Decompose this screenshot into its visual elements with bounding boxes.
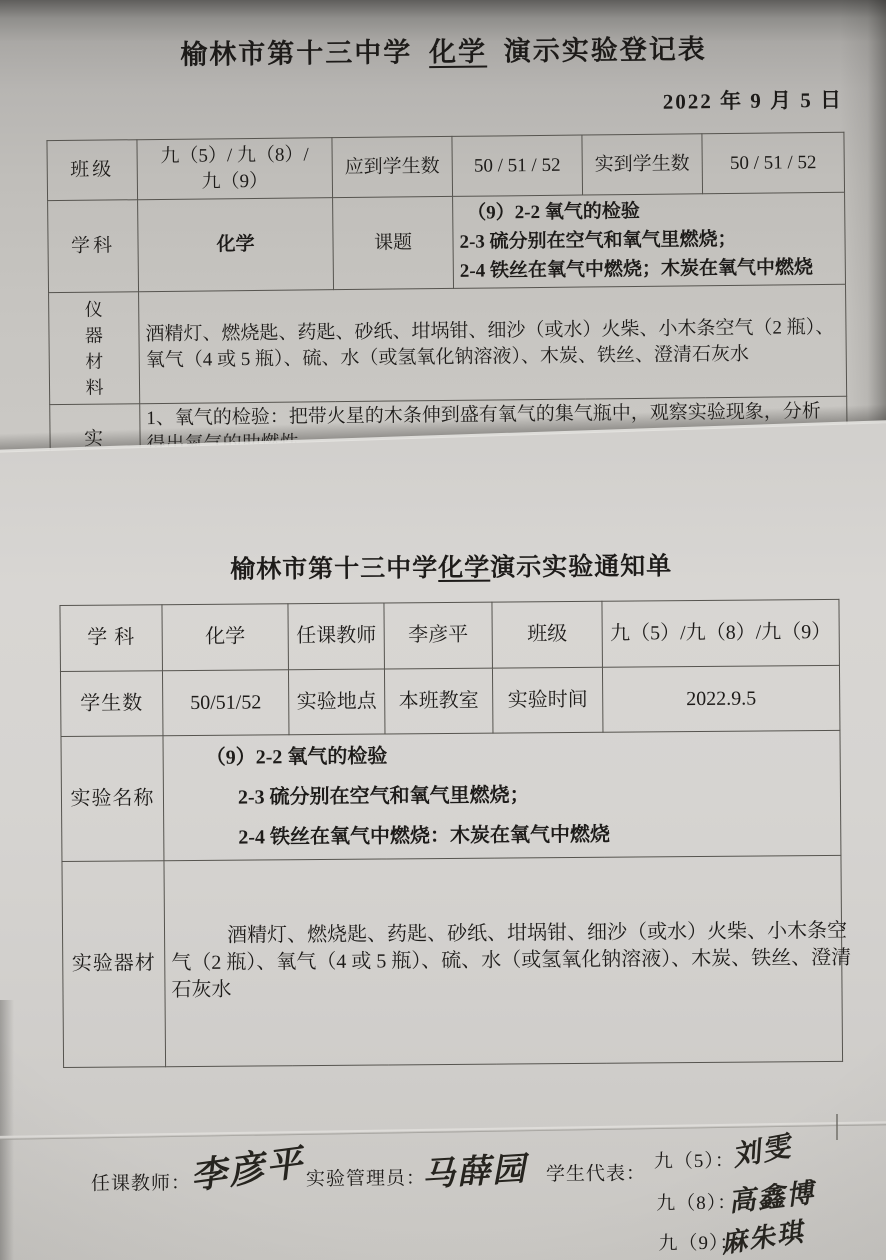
place-value-cell: 本班教室 — [384, 668, 493, 734]
student-class-9-8: 九（8）： — [656, 1188, 737, 1216]
experiment-line-1: （9）2-2 氧气的检验 — [170, 733, 834, 778]
table-row: 学科 化学 课题 （9）2-2 氧气的检验 2-3 硫分别在空气和氧气里燃烧； … — [48, 192, 846, 292]
subject-value-cell: 化学 — [138, 198, 334, 292]
apparatus-line-3: 石灰水 — [171, 972, 835, 1004]
expected-students-label-cell: 应到学生数 — [332, 136, 453, 197]
expected-students-value-cell: 50 / 51 / 52 — [452, 135, 583, 196]
subject-label-cell: 学 科 — [60, 605, 163, 672]
topic-line-3: 2-4 铁丝在氧气中燃烧；木炭在氧气中燃烧 — [460, 253, 839, 286]
class-value-line1: 九（5）/ 九（8）/ — [143, 142, 325, 170]
teacher-value-cell: 李彦平 — [384, 602, 493, 669]
subject-value-cell: 化学 — [162, 604, 289, 671]
equipment-list-cell: 酒精灯、燃烧匙、药匙、砂纸、坩埚钳、细沙（或水）火柴、小木条空气（2 瓶）、 氧… — [139, 284, 847, 403]
title-school-name: 榆林市第十三中学 — [180, 37, 412, 69]
time-value-cell: 2022.9.5 — [602, 665, 840, 732]
table-row: 班级 九（5）/ 九（8）/ 九（9） 应到学生数 50 / 51 / 52 实… — [47, 132, 845, 200]
table-row: 实验名称 （9）2-2 氧气的检验 2-3 硫分别在空气和氧气里燃烧； 2-4 … — [61, 730, 841, 861]
class-label-cell: 班级 — [492, 601, 603, 668]
photographed-documents: 榆林市第十三中学 化学 演示实验登记表 2022 年 9 月 5 日 班级 九（… — [0, 0, 886, 1260]
title-subject-underlined: 化学 — [438, 555, 490, 582]
teacher-signature-label: 任课教师： — [91, 1168, 191, 1196]
class-value-cell: 九（5）/ 九（8）/ 九（9） — [137, 138, 333, 200]
teacher-label-cell: 任课教师 — [288, 603, 385, 670]
student-class-9-5: 九（5）： — [654, 1146, 735, 1174]
equipment-label-char: 仪 — [85, 296, 103, 322]
registration-form-title: 榆林市第十三中学 化学 演示实验登记表 — [40, 26, 846, 73]
notice-table: 学 科 化学 任课教师 李彦平 班级 九（5）/九（8）/九（9） 学生数 50… — [59, 599, 843, 1068]
student-representative-label: 学生代表： — [546, 1158, 646, 1186]
equipment-label-char: 器 — [85, 322, 103, 348]
teacher-signature: 李彦平 — [187, 1134, 307, 1199]
apparatus-list-cell: 酒精灯、燃烧匙、药匙、砂纸、坩埚钳、细沙（或水）火柴、小木条空 气（2 瓶）、氧… — [164, 855, 843, 1066]
title-subject-underlined: 化学 — [421, 36, 495, 67]
equipment-label-char: 材 — [85, 348, 103, 374]
table-row: 学 科 化学 任课教师 李彦平 班级 九（5）/九（8）/九（9） — [60, 599, 839, 671]
experiment-line-3: 2-4 铁丝在氧气中燃烧：木炭在氧气中燃烧 — [170, 813, 834, 858]
experiment-name-label-cell: 实验名称 — [61, 736, 164, 862]
title-school-name: 榆林市第十三中学 — [230, 555, 438, 584]
table-row: 学生数 50/51/52 实验地点 本班教室 实验时间 2022.9.5 — [60, 665, 839, 736]
students-value-cell: 50/51/52 — [162, 670, 289, 736]
actual-students-label-cell: 实到学生数 — [582, 134, 703, 195]
subject-label-cell: 学科 — [48, 200, 139, 293]
notice-form-title: 榆林市第十三中学化学演示实验通知单 — [41, 545, 861, 587]
apparatus-line-2: 气（2 瓶）、氧气（4 或 5 瓶）、硫、水（或氢氧化钠溶液）、木炭、铁丝、澄清 — [171, 945, 835, 977]
manager-signature-label: 实验管理员： — [306, 1163, 426, 1191]
time-label-cell: 实验时间 — [492, 667, 603, 733]
student-signature-9-5: 刘雯 — [729, 1124, 795, 1174]
students-label-cell: 学生数 — [60, 671, 163, 737]
equipment-label-cell: 仪 器 材 料 — [49, 292, 140, 405]
experiment-line-2: 2-3 硫分别在空气和氧气里燃烧； — [170, 773, 834, 818]
actual-students-value-cell: 50 / 51 / 52 — [702, 132, 845, 193]
table-row: 实验器材 酒精灯、燃烧匙、药匙、砂纸、坩埚钳、细沙（或水）火柴、小木条空 气（2… — [62, 855, 843, 1067]
table-border-remnant — [836, 1114, 838, 1140]
title-form-type: 演示实验登记表 — [504, 34, 707, 66]
registration-form-sheet: 榆林市第十三中学 化学 演示实验登记表 2022 年 9 月 5 日 班级 九（… — [0, 0, 886, 470]
topic-list-cell: （9）2-2 氧气的检验 2-3 硫分别在空气和氧气里燃烧； 2-4 铁丝在氧气… — [453, 192, 846, 288]
topic-line-2: 2-3 硫分别在空气和氧气里燃烧； — [459, 224, 838, 257]
form-date: 2022 年 9 月 5 日 — [663, 84, 844, 116]
apparatus-label-cell: 实验器材 — [62, 861, 166, 1068]
experiment-name-list-cell: （9）2-2 氧气的检验 2-3 硫分别在空气和氧气里燃烧； 2-4 铁丝在氧气… — [163, 730, 841, 860]
topic-line-1: （9）2-2 氧气的检验 — [459, 195, 838, 228]
class-label-cell: 班级 — [47, 140, 138, 201]
place-label-cell: 实验地点 — [288, 669, 385, 735]
class-value-cell: 九（5）/九（8）/九（9） — [602, 599, 840, 667]
student-signature-9-8: 高鑫博 — [726, 1171, 817, 1220]
manager-signature: 马薛园 — [421, 1143, 529, 1196]
title-form-type: 演示实验通知单 — [490, 553, 672, 581]
equipment-label-char: 料 — [85, 374, 103, 400]
class-value-line2: 九（9） — [144, 168, 326, 196]
table-row: 仪 器 材 料 酒精灯、燃烧匙、药匙、砂纸、坩埚钳、细沙（或水）火柴、小木条空气… — [49, 284, 847, 404]
topic-label-cell: 课题 — [333, 196, 454, 289]
